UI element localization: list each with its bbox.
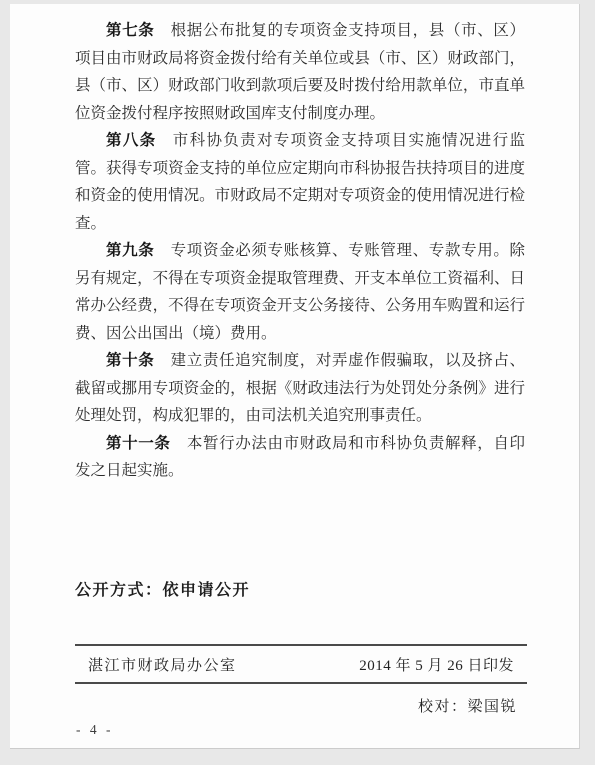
article-10: 第十条建立责任追究制度，对弄虚作假骗取，以及挤占、截留或挪用专项资金的，根据《财…: [75, 347, 525, 430]
article-8-number: 第八条: [106, 132, 157, 149]
article-7: 第七条根据公布批复的专项资金支持项目，县（市、区）项目由市财政局将资金拨付给有关…: [75, 17, 525, 127]
page-number: - 4 -: [76, 722, 114, 738]
document-imprint: 湛江市财政局办公室 2014 年 5 月 26 日印发 校对：梁国锐: [75, 644, 527, 716]
article-10-number: 第十条: [106, 352, 154, 369]
document-body: 第七条根据公布批复的专项资金支持项目，县（市、区）项目由市财政局将资金拨付给有关…: [75, 17, 525, 604]
article-11: 第十一条本暂行办法由市财政局和市科协负责解释，自印发之日起实施。: [75, 430, 525, 485]
issuing-office: 湛江市财政局办公室: [88, 654, 237, 675]
article-11-number: 第十一条: [106, 435, 171, 452]
proofreader-line: 校对：梁国锐: [75, 684, 527, 716]
print-date: 2014 年 5 月 26 日印发: [359, 654, 514, 675]
article-9-number: 第九条: [106, 242, 154, 259]
article-9: 第九条专项资金必须专账核算、专账管理、专款专用。除另有规定，不得在专项资金提取管…: [75, 237, 525, 347]
disclosure-method-line: 公开方式：依申请公开: [75, 577, 525, 605]
imprint-row: 湛江市财政局办公室 2014 年 5 月 26 日印发: [75, 644, 527, 684]
article-8: 第八条市科协负责对专项资金支持项目实施情况进行监管。获得专项资金支持的单位应定期…: [75, 127, 525, 237]
document-page: 第七条根据公布批复的专项资金支持项目，县（市、区）项目由市财政局将资金拨付给有关…: [10, 4, 580, 749]
article-7-number: 第七条: [106, 22, 154, 39]
